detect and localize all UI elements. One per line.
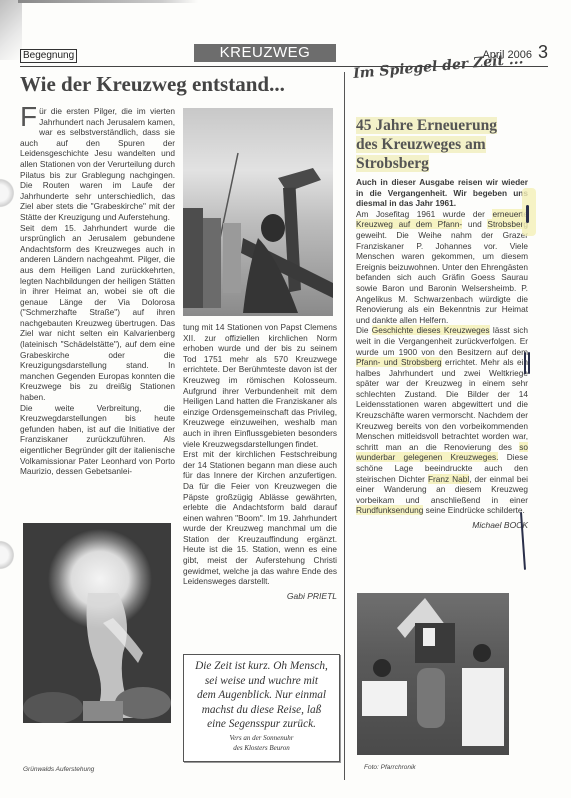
section-tag: Begegnung: [20, 49, 77, 63]
paragraph: tung mit 14 Stationen von Papst Clemens …: [183, 322, 337, 449]
topic-banner: KREUZWEG: [194, 44, 336, 62]
paragraph: Die weite Verbreitung, die Kreuzwegdarst…: [20, 403, 175, 477]
quote-source: Vers an der Sonnenuhr des Klosters Beuro…: [184, 733, 339, 753]
paragraph: Erst mit der kirchlichen Festschreibung …: [183, 449, 337, 587]
wayside-shrine-photo: [357, 593, 509, 755]
main-article-col1: Für die ersten Pilger, die im vierten Ja…: [20, 106, 175, 477]
author-byline: Michael BOCK: [356, 520, 528, 531]
pen-mark: [524, 352, 526, 374]
pen-mark: [528, 352, 530, 374]
paragraph: Die Geschichte dieses Kreuzweges lässt s…: [356, 325, 528, 516]
resurrection-image: [23, 523, 171, 723]
photo-credit: Foto: Pfarrchronik: [364, 764, 416, 771]
quote-text: Die Zeit ist kurz. Oh Mensch, sei weise …: [184, 659, 339, 732]
quote-box: Die Zeit ist kurz. Oh Mensch, sei weise …: [183, 654, 340, 762]
main-article-col2: tung mit 14 Stationen von Papst Clemens …: [183, 322, 337, 601]
resurrection-caption: Grünwalds Auferstehung: [23, 766, 94, 773]
punch-hole-upper: [0, 178, 14, 208]
column-divider: [344, 72, 345, 780]
kreuzweg-station-image: [183, 108, 333, 316]
main-headline: Wie der Kreuzweg entstand...: [20, 72, 340, 97]
scan-top-edge: [18, 0, 198, 3]
author-byline: Gabi PRIETL: [183, 591, 337, 602]
jesus-carrying-cross-icon: [183, 108, 333, 316]
paragraph: Für die ersten Pilger, die im vierten Ja…: [20, 106, 175, 223]
side-article-body: Auch in dieser Ausgabe reisen wir wieder…: [356, 177, 528, 531]
drop-cap: F: [20, 106, 37, 128]
punch-hole-lower: [0, 540, 14, 570]
pen-mark: [526, 205, 529, 223]
intro-paragraph: Auch in dieser Ausgabe reisen wir wieder…: [356, 177, 528, 209]
side-headline: 45 Jahre Erneuerung des Kreuzweges am St…: [356, 116, 531, 173]
wayside-shrine-icon: [357, 593, 509, 755]
resurrection-figure-icon: [23, 523, 171, 723]
highlighter-mark: [522, 188, 536, 236]
scan-corner-shadow: [0, 0, 22, 60]
paragraph: Seit dem 15. Jahrhundert wurde die urspr…: [20, 223, 175, 403]
paragraph: Am Josefitag 1961 wurde der erneuerte Kr…: [356, 209, 528, 326]
